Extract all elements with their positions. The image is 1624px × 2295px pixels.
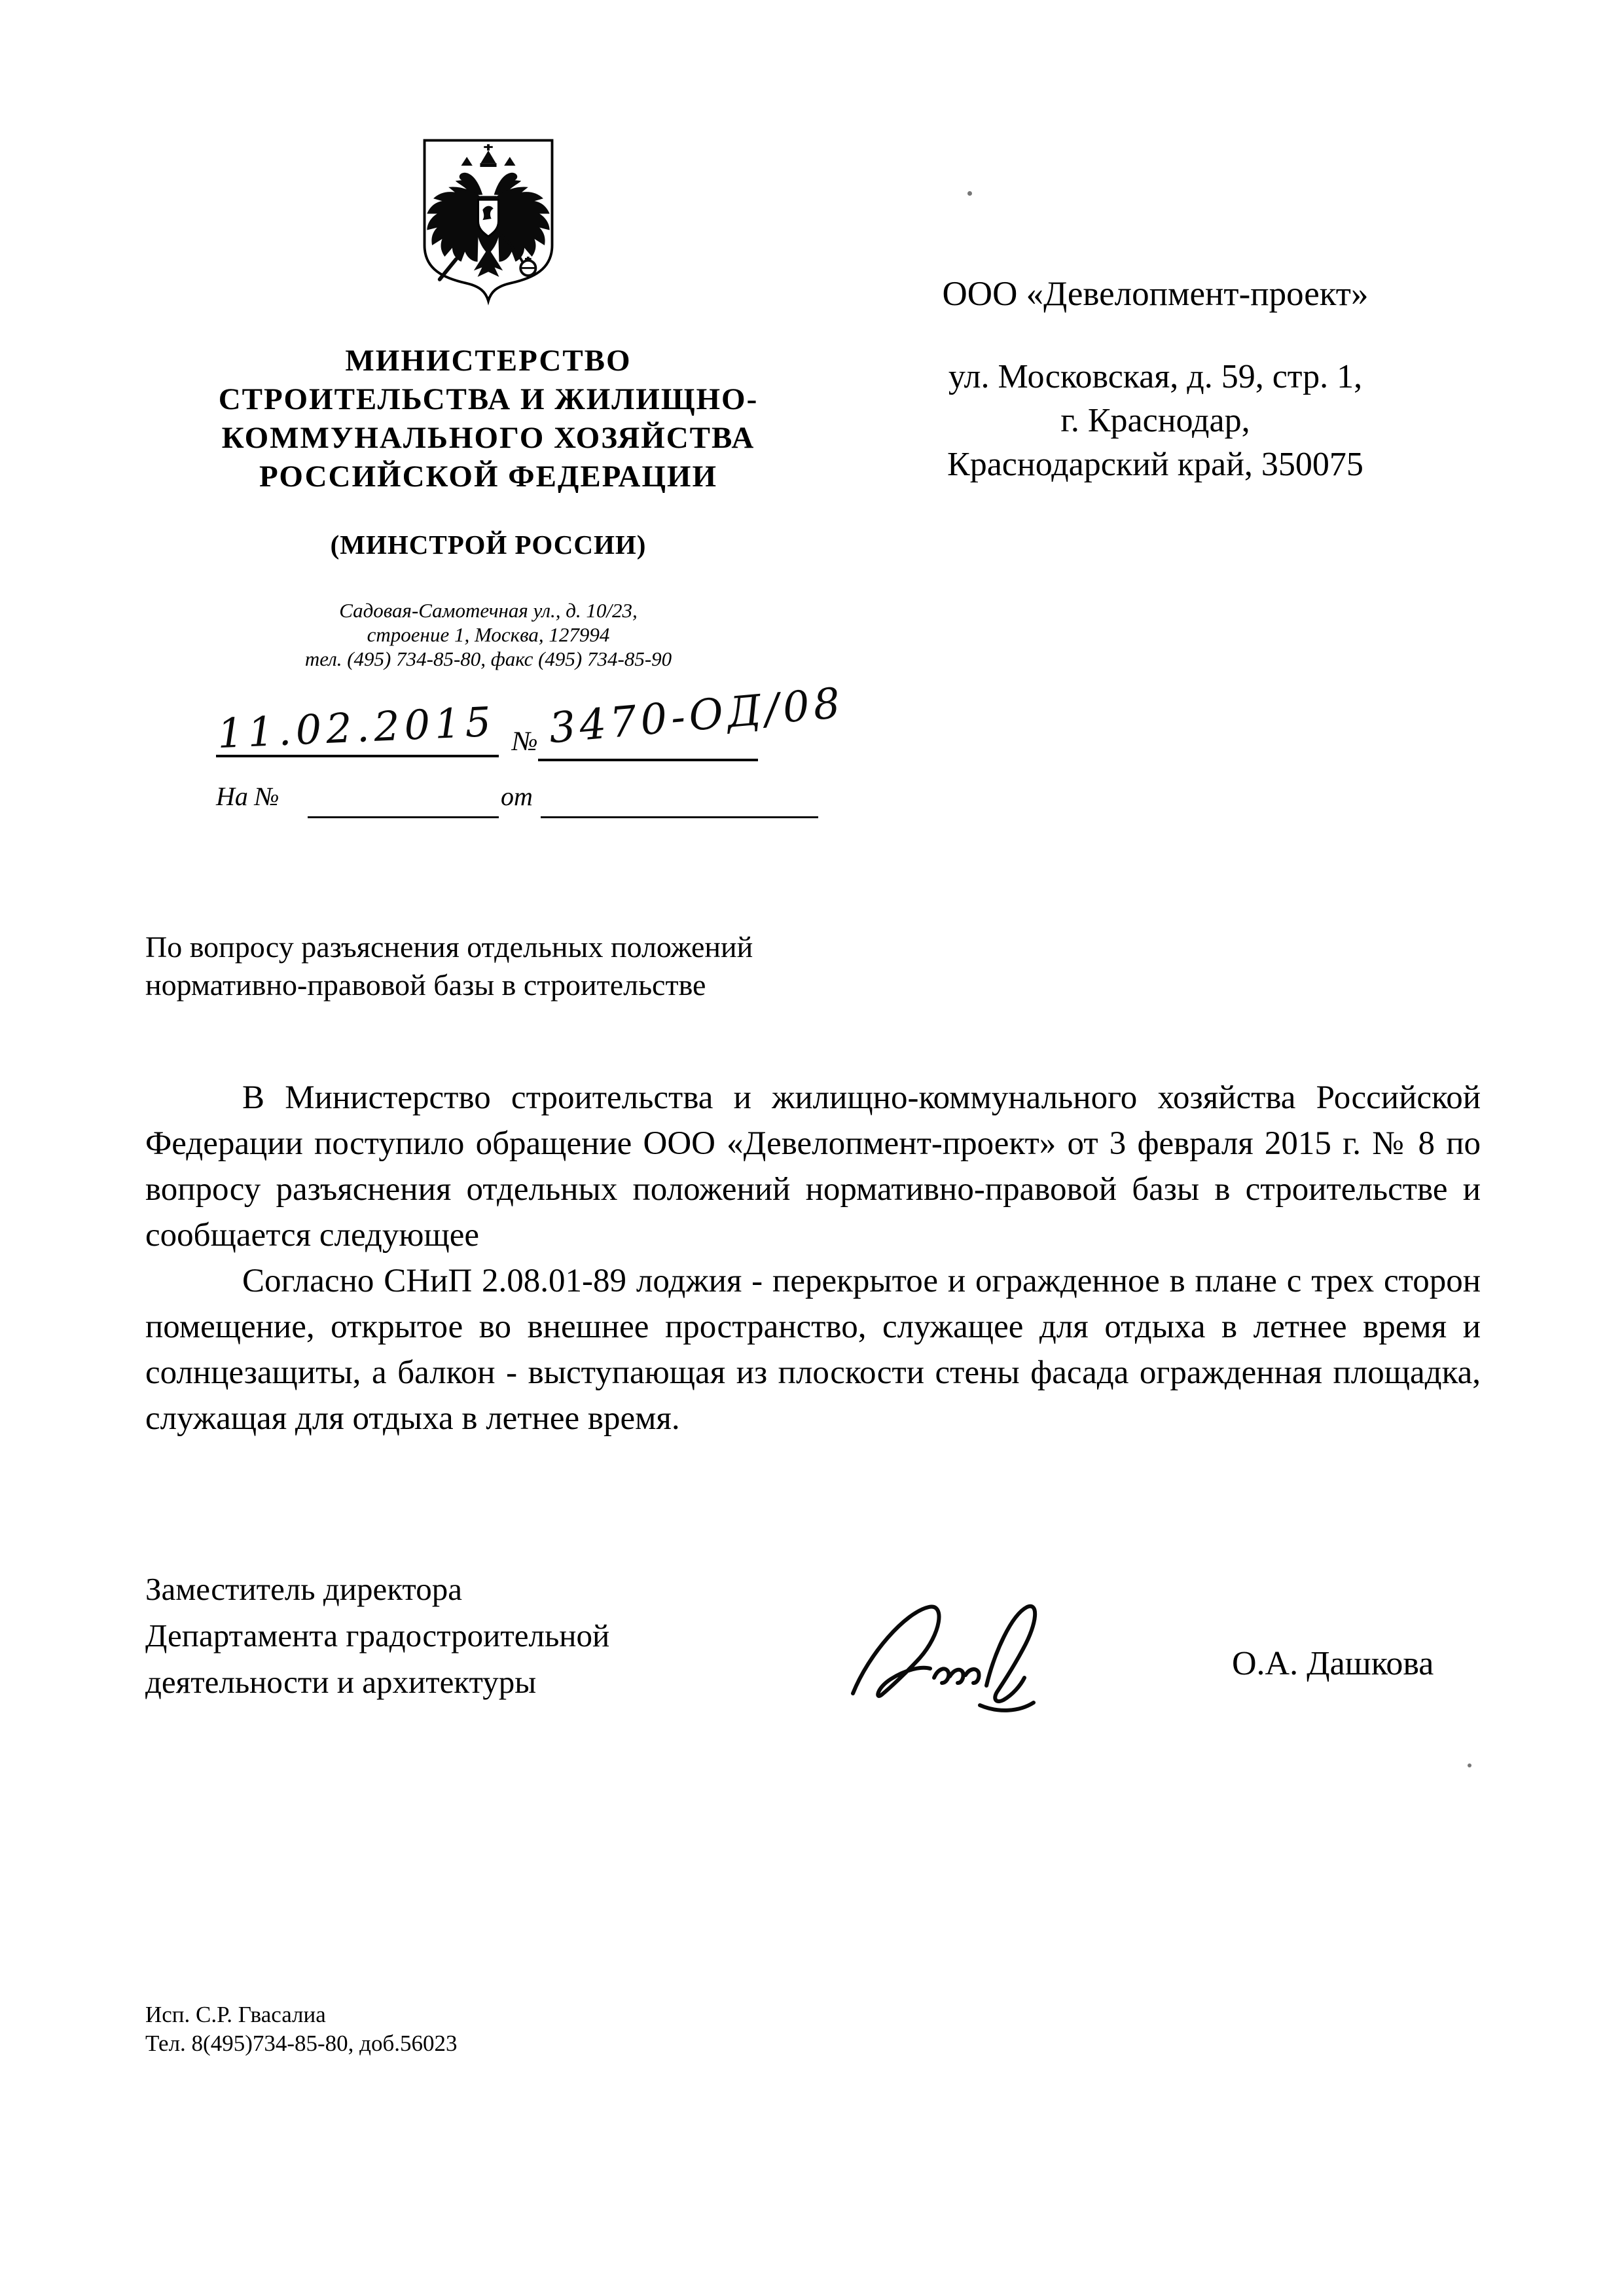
letter-date-handwritten: 11.02.2015 xyxy=(217,698,497,757)
reply-to-number-label: На № xyxy=(216,781,280,812)
letterhead-address-line: строение 1, Москва, 127994 xyxy=(209,623,767,647)
date-underline xyxy=(216,755,499,757)
scan-speck xyxy=(1468,1763,1471,1767)
recipient-address-line: г. Краснодар, xyxy=(903,399,1407,443)
ministry-name-line: СТРОИТЕЛЬСТВА И ЖИЛИЩНО- xyxy=(209,380,767,419)
russia-coat-of-arms-icon xyxy=(416,136,561,308)
handwritten-signature xyxy=(841,1581,1155,1722)
signer-position-line: деятельности и архитектуры xyxy=(145,1659,609,1705)
recipient-address-line: Краснодарский край, 350075 xyxy=(903,443,1407,486)
recipient-address-line: ул. Московская, д. 59, стр. 1, xyxy=(903,355,1407,399)
scanned-letter-page: МИНИСТЕРСТВО СТРОИТЕЛЬСТВА И ЖИЛИЩНО- КО… xyxy=(0,0,1624,2295)
body-paragraph-1: В Министерство строительства и жилищно-к… xyxy=(145,1075,1481,1258)
executor-block: Исп. С.Р. Гвасалиа Тел. 8(495)734-85-80,… xyxy=(145,2000,458,2058)
letter-body: В Министерство строительства и жилищно-к… xyxy=(145,1075,1481,1441)
letter-subject-line: По вопросу разъяснения отдельных положен… xyxy=(145,928,753,966)
recipient-block: ООО «Девелопмент-проект» ул. Московская,… xyxy=(903,272,1407,486)
signer-position-line: Департамента градостроительной xyxy=(145,1612,609,1659)
ministry-name-line: КОММУНАЛЬНОГО ХОЗЯЙСТВА xyxy=(209,419,767,458)
letter-subject: По вопросу разъяснения отдельных положен… xyxy=(145,928,753,1004)
letterhead: МИНИСТЕРСТВО СТРОИТЕЛЬСТВА И ЖИЛИЩНО- КО… xyxy=(209,136,767,671)
signer-name: О.А. Дашкова xyxy=(1232,1644,1434,1683)
letterhead-address: Садовая-Самотечная ул., д. 10/23, строен… xyxy=(209,598,767,671)
number-sign-label: № xyxy=(512,726,538,757)
ministry-name: МИНИСТЕРСТВО СТРОИТЕЛЬСТВА И ЖИЛИЩНО- КО… xyxy=(209,342,767,496)
number-underline xyxy=(538,759,758,761)
letter-subject-line: нормативно-правовой базы в строительстве xyxy=(145,966,753,1004)
scan-speck xyxy=(967,191,972,196)
ministry-name-line: МИНИСТЕРСТВО xyxy=(209,342,767,380)
executor-name: Исп. С.Р. Гвасалиа xyxy=(145,2000,458,2029)
reply-from-date-underline xyxy=(541,816,818,818)
reference-block: 11.02.2015 № 3470-ОД/08 На № от xyxy=(216,704,857,848)
ministry-name-line: РОССИЙСКОЙ ФЕДЕРАЦИИ xyxy=(209,458,767,496)
body-paragraph-2: Согласно СНиП 2.08.01-89 лоджия - перекр… xyxy=(145,1258,1481,1441)
reply-from-date-label: от xyxy=(501,781,533,812)
recipient-address: ул. Московская, д. 59, стр. 1, г. Красно… xyxy=(903,355,1407,486)
letterhead-address-line: Садовая-Самотечная ул., д. 10/23, xyxy=(209,598,767,623)
letter-number-handwritten: 3470-ОД/08 xyxy=(547,679,846,753)
signer-position: Заместитель директора Департамента градо… xyxy=(145,1566,609,1705)
executor-phone: Тел. 8(495)734-85-80, доб.56023 xyxy=(145,2029,458,2058)
letterhead-address-line: тел. (495) 734-85-80, факс (495) 734-85-… xyxy=(209,647,767,671)
signer-position-line: Заместитель директора xyxy=(145,1566,609,1612)
ministry-short-name: (МИНСТРОЙ РОССИИ) xyxy=(209,529,767,560)
reply-to-number-underline xyxy=(308,816,499,818)
recipient-name: ООО «Девелопмент-проект» xyxy=(903,272,1407,316)
